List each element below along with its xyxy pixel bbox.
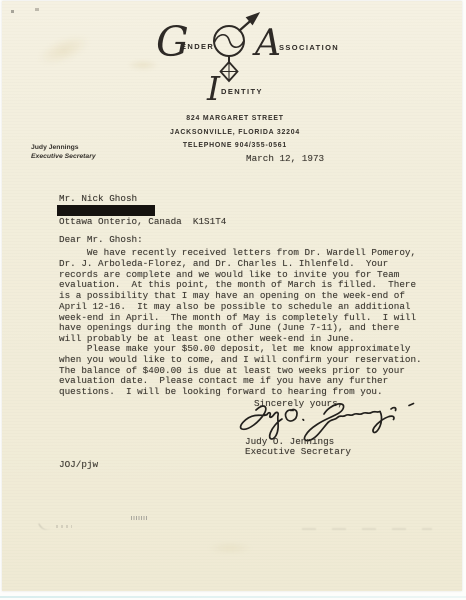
salutation: Dear Mr. Ghosh: xyxy=(59,235,143,246)
recipient-city-line: Ottawa Onterio, Canada K1S1T4 xyxy=(59,217,226,228)
signature-typed-title: Executive Secretary xyxy=(245,447,351,458)
letterhead-word-association: SSOCIATION xyxy=(279,43,339,52)
body-paragraph-2: Please make your $50.00 deposit, let me … xyxy=(59,344,422,398)
letterhead-word-gender: ENDER xyxy=(181,42,214,51)
paper-stain xyxy=(21,19,108,80)
pencil-mark xyxy=(56,525,72,528)
officer-name: Judy Jennings xyxy=(31,143,96,152)
scanned-letter-page: G ENDER A SSOCIATION I DENTITY 824 MARGA… xyxy=(0,0,466,600)
scan-speck xyxy=(35,8,39,11)
address-line-phone: TELEPHONE 904/355-0561 xyxy=(115,139,355,153)
reference-initials: JOJ/pjw xyxy=(59,460,98,471)
officer-title: Executive Secretary xyxy=(31,152,96,161)
letterhead-initial-a: A xyxy=(255,26,281,62)
letterhead-initial-i: I xyxy=(207,72,220,105)
scan-edge-artifact xyxy=(0,596,466,598)
faint-stamp-mark xyxy=(131,516,148,520)
letter-date: March 12, 1973 xyxy=(246,154,324,165)
officer-block: Judy Jennings Executive Secretary xyxy=(31,143,96,161)
address-line-street: 824 MARGARET STREET xyxy=(115,112,355,126)
letter-paper: G ENDER A SSOCIATION I DENTITY 824 MARGA… xyxy=(2,1,462,591)
faint-marks xyxy=(302,528,432,530)
letterhead-address: 824 MARGARET STREET JACKSONVILLE, FLORID… xyxy=(115,112,355,153)
paper-stain xyxy=(198,539,262,557)
scan-speck xyxy=(11,10,14,13)
body-paragraph-1: We have recently received letters from D… xyxy=(59,248,416,345)
pencil-mark xyxy=(38,517,54,532)
redaction-bar xyxy=(57,205,155,216)
recipient-name: Mr. Nick Ghosh xyxy=(59,194,137,205)
letterhead-word-identity: DENTITY xyxy=(221,87,263,96)
address-line-city: JACKSONVILLE, FLORIDA 32204 xyxy=(115,126,355,140)
